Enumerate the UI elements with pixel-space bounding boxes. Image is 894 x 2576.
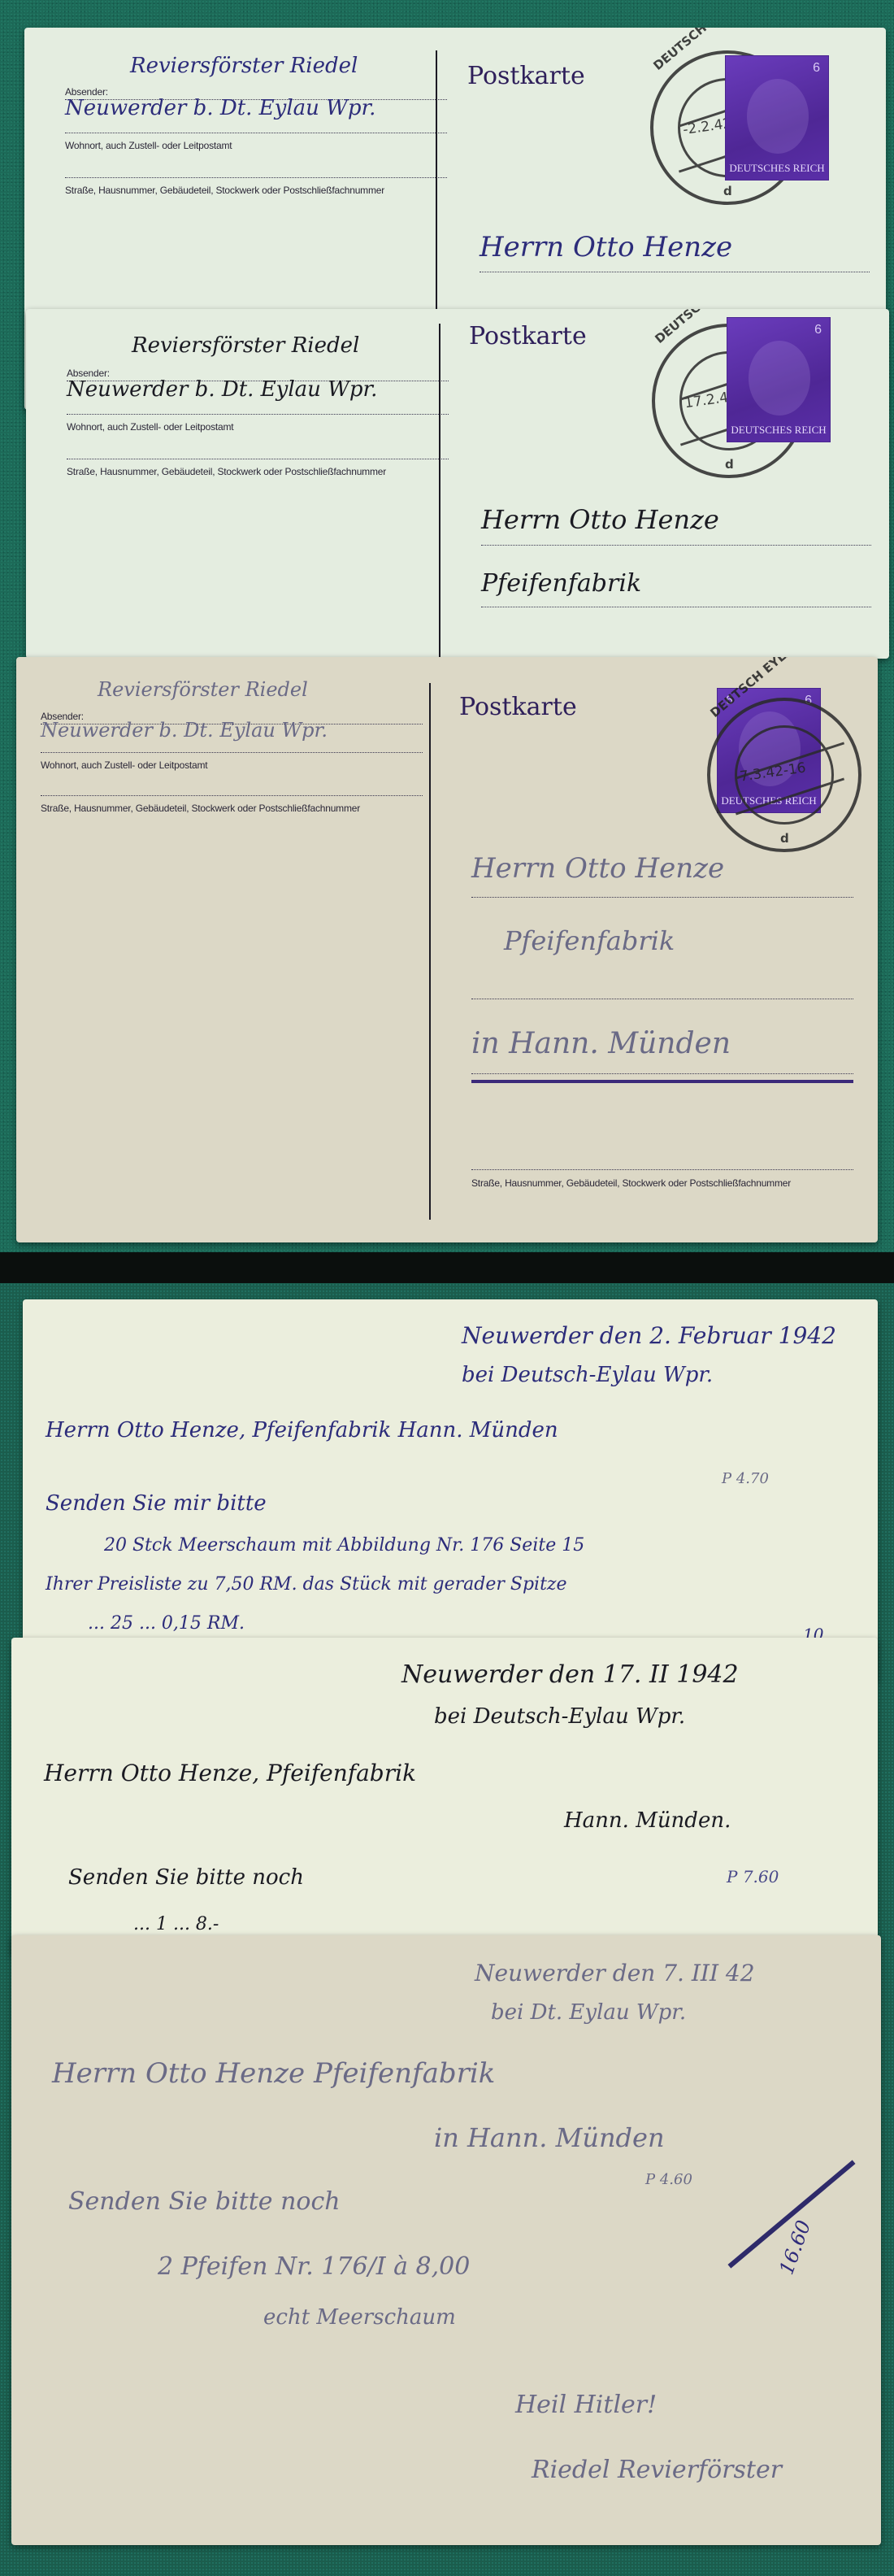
letter-body-line: Senden Sie bitte noch — [68, 1865, 304, 1890]
pencil-price-note: P 7.60 — [727, 1867, 779, 1886]
letter-body-line: 20 Stck Meerschaum mit Abbildung Nr. 176… — [104, 1535, 584, 1556]
recipient-street-handwriting: Pfeifenfabrik — [504, 925, 675, 956]
letter-recipient: Herrn Otto Henze, Pfeifenfabrik — [44, 1760, 416, 1786]
card-divider — [429, 683, 431, 1220]
stamp-portrait-area — [747, 79, 809, 154]
address-dotted-line — [471, 1169, 853, 1170]
recipient-street-handwriting: Pfeifenfabrik — [481, 569, 641, 598]
place-label: Wohnort, auch Zustell- oder Leitpostamt — [65, 140, 447, 151]
letter-signature: Riedel Revierförster — [532, 2456, 782, 2484]
address-dotted-line — [481, 545, 871, 546]
postcard-back-1: Neuwerder den 2. Februar 1942 bei Deutsc… — [23, 1299, 878, 1682]
postkarte-title: Postkarte — [459, 693, 577, 721]
sender-block: Reviersförster Riedel Absender: Neuwerde… — [65, 60, 447, 100]
back-sides-photo: Neuwerder den 2. Februar 1942 bei Deutsc… — [0, 1283, 894, 2576]
sender-place-handwriting: Neuwerder b. Dt. Eylau Wpr. — [67, 377, 377, 402]
pencil-price-note: P 4.60 — [645, 2171, 692, 2188]
letter-recipient-city: in Hann. Münden — [434, 2122, 665, 2153]
sender-name-handwriting: Reviersförster Riedel — [132, 333, 359, 358]
postkarte-title: Postkarte — [469, 322, 587, 350]
address-dotted-line — [471, 999, 853, 999]
postmark-letter: d — [780, 831, 789, 846]
postcard-back-2: Neuwerder den 17. II 1942 bei Deutsch-Ey… — [11, 1638, 878, 1955]
address-dotted-line — [480, 272, 870, 272]
front-sides-photo: Reviersförster Riedel Absender: Neuwerde… — [0, 0, 894, 1283]
stamp-portrait-area — [749, 341, 810, 416]
sender-name-handwriting: Reviersförster Riedel — [130, 54, 358, 78]
sender-block: Reviersförster Riedel Absender: Neuwerde… — [67, 342, 449, 381]
stamp-text: DEUTSCHES REICH — [726, 162, 828, 175]
stamp-value: 6 — [813, 61, 820, 76]
sender-place-handwriting: Neuwerder b. Dt. Eylau Wpr. — [65, 96, 375, 120]
postkarte-title: Postkarte — [467, 62, 585, 90]
total-amount-note: 16.60 — [775, 2217, 815, 2278]
city-underline — [471, 1080, 853, 1083]
recipient-handwriting: Herrn Otto Henze — [471, 852, 724, 885]
letter-body-line: Senden Sie mir bitte — [46, 1491, 267, 1516]
recipient-handwriting: Herrn Otto Henze — [480, 231, 732, 263]
street-label: Straße, Hausnummer, Gebäudeteil, Stockwe… — [471, 1177, 791, 1189]
postcard-front-3: Reviersförster Riedel Absender: Neuwerde… — [16, 657, 878, 1242]
postcard-front-2: Reviersförster Riedel Absender: Neuwerde… — [26, 309, 889, 659]
sender-place-handwriting: Neuwerder b. Dt. Eylau Wpr. — [41, 719, 328, 742]
pencil-price-note: P 4.70 — [722, 1470, 769, 1487]
letter-recipient-city: Hann. Münden. — [564, 1808, 731, 1833]
stamp-text: DEUTSCHES REICH — [727, 424, 830, 437]
sender-name-handwriting: Reviersförster Riedel — [98, 678, 308, 701]
letter-body-line: Senden Sie bitte noch — [68, 2187, 341, 2216]
letter-body-line: 2 Pfeifen Nr. 176/I à 8,00 — [158, 2252, 470, 2281]
letter-place-date: Neuwerder den 2. Februar 1942 — [462, 1322, 836, 1349]
letter-place-date: Neuwerder den 17. II 1942 — [401, 1660, 739, 1689]
letter-body-line: echt Meerschaum — [263, 2305, 456, 2330]
letter-place-region: bei Dt. Eylau Wpr. — [491, 2000, 686, 2025]
letter-body-line: Ihrer Preisliste zu 7,50 RM. das Stück m… — [46, 1574, 567, 1595]
address-dotted-line — [471, 1073, 853, 1074]
street-label: Straße, Hausnummer, Gebäudeteil, Stockwe… — [41, 803, 423, 814]
address-dotted-line — [471, 897, 853, 898]
place-label: Wohnort, auch Zustell- oder Leitpostamt — [67, 421, 449, 433]
stamp-value: 6 — [814, 323, 822, 337]
letter-place-region: bei Deutsch-Eylau Wpr. — [434, 1704, 685, 1729]
street-label: Straße, Hausnummer, Gebäudeteil, Stockwe… — [65, 185, 447, 196]
postcard-back-3: Neuwerder den 7. III 42 bei Dt. Eylau Wp… — [11, 1935, 881, 2545]
letter-body-line: ... 25 ... 0,15 RM. — [88, 1613, 245, 1634]
card-divider — [439, 324, 440, 659]
letter-closing: Heil Hitler! — [515, 2391, 657, 2419]
postmark-letter: d — [723, 184, 732, 198]
recipient-handwriting: Herrn Otto Henze — [481, 504, 719, 535]
letter-recipient: Herrn Otto Henze Pfeifenfabrik — [52, 2057, 495, 2090]
letter-place-date: Neuwerder den 7. III 42 — [475, 1960, 755, 1986]
letter-place-region: bei Deutsch-Eylau Wpr. — [462, 1363, 713, 1387]
place-label: Wohnort, auch Zustell- oder Leitpostamt — [41, 759, 423, 771]
postage-stamp: 6 DEUTSCHES REICH — [727, 317, 831, 442]
postage-stamp: 6 DEUTSCHES REICH — [725, 55, 829, 181]
letter-body-line: ... 1 ... 8.- — [133, 1914, 219, 1934]
address-dotted-line — [481, 607, 871, 607]
postmark: DEUTSCH EYLAU 1 7.3.42-16 d — [707, 698, 861, 852]
postmark-letter: d — [725, 457, 734, 472]
sender-block: Reviersförster Riedel Absender: Neuwerde… — [41, 698, 423, 738]
street-label: Straße, Hausnummer, Gebäudeteil, Stockwe… — [67, 466, 449, 477]
letter-recipient: Herrn Otto Henze, Pfeifenfabrik Hann. Mü… — [46, 1418, 558, 1442]
recipient-city-handwriting: in Hann. Münden — [471, 1027, 731, 1060]
